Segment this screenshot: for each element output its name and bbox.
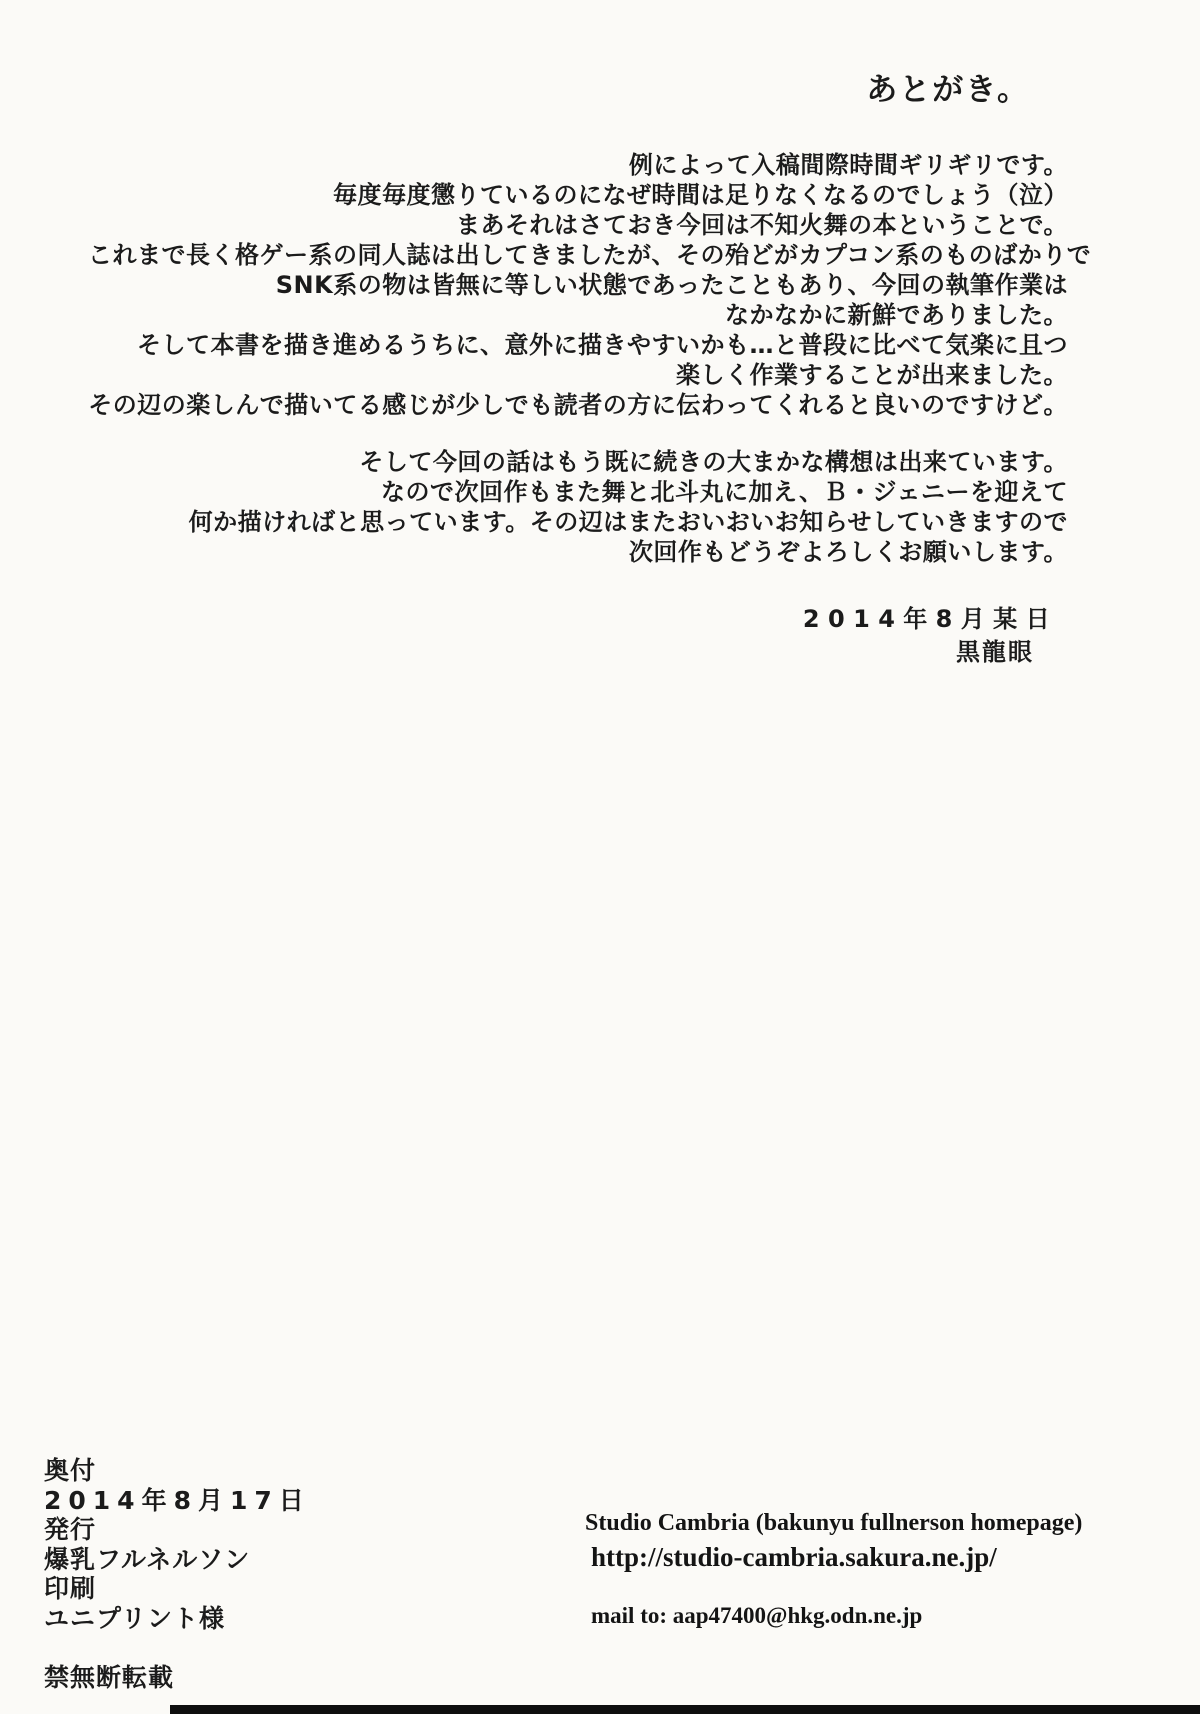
afterword-line: なかなかに新鮮でありました。	[88, 300, 1068, 330]
contact-email: mail to: aap47400@hkg.odn.ne.jp	[591, 1603, 1082, 1629]
afterword-title: あとがき。	[866, 64, 1030, 109]
afterword-line: 何か描ければと思っています。その辺はまたおいおいお知らせしていきますので	[88, 507, 1068, 537]
colophon-date: 2014年8月17日	[44, 1486, 311, 1516]
colophon-printer-label: 印刷	[44, 1574, 311, 1604]
afterword-line: これまで長く格ゲー系の同人誌は出してきましたが、その殆どがカプコン系のものばかり…	[88, 240, 1068, 270]
signature-author: 黒龍眼	[803, 636, 1034, 669]
afterword-paragraph-2: そして今回の話はもう既に続きの大まかな構想は出来ています。 なので次回作もまた舞…	[88, 447, 1068, 567]
reprint-prohibited-notice: 禁無断転載	[44, 1658, 174, 1694]
contact-block: Studio Cambria (bakunyu fullnerson homep…	[585, 1510, 1082, 1629]
signature-date: 2014年8月某日	[803, 603, 1058, 636]
studio-homepage-line: Studio Cambria (bakunyu fullnerson homep…	[585, 1510, 1082, 1537]
afterword-line: その辺の楽しんで描いてる感じが少しでも読者の方に伝わってくれると良いのですけど。	[88, 390, 1068, 420]
scanned-afterword-page: あとがき。 例によって入稿間際時間ギリギリです。 毎度毎度懲りているのになぜ時間…	[0, 0, 1200, 1714]
colophon-publisher-name: 爆乳フルネルソン	[44, 1545, 311, 1575]
afterword-line: そして今回の話はもう既に続きの大まかな構想は出来ています。	[88, 447, 1068, 477]
colophon-printer-name: ユニプリント様	[44, 1604, 311, 1634]
afterword-line: そして本書を描き進めるうちに、意外に描きやすいかも…と普段に比べて気楽に且つ	[88, 330, 1068, 360]
colophon-publisher-label: 発行	[44, 1515, 311, 1545]
colophon-heading: 奥付	[44, 1456, 311, 1486]
afterword-line: まあそれはさておき今回は不知火舞の本ということで。	[88, 210, 1068, 240]
scan-edge-bar	[170, 1705, 1200, 1714]
afterword-line: 次回作もどうぞよろしくお願いします。	[88, 537, 1068, 567]
afterword-line: 毎度毎度懲りているのになぜ時間は足りなくなるのでしょう（泣）	[88, 180, 1068, 210]
afterword-line: 楽しく作業することが出来ました。	[88, 360, 1068, 390]
afterword-paragraph-1: 例によって入稿間際時間ギリギリです。 毎度毎度懲りているのになぜ時間は足りなくな…	[88, 150, 1068, 420]
homepage-url: http://studio-cambria.sakura.ne.jp/	[591, 1542, 1082, 1573]
afterword-line: 例によって入稿間際時間ギリギリです。	[88, 150, 1068, 180]
signature-block: 2014年8月某日 黒龍眼	[803, 603, 1058, 669]
afterword-line: なので次回作もまた舞と北斗丸に加え、Ｂ・ジェニーを迎えて	[88, 477, 1068, 507]
colophon-block: 奥付 2014年8月17日 発行 爆乳フルネルソン 印刷 ユニプリント様	[44, 1456, 311, 1633]
afterword-line: SNK系の物は皆無に等しい状態であったこともあり、今回の執筆作業は	[88, 270, 1068, 300]
